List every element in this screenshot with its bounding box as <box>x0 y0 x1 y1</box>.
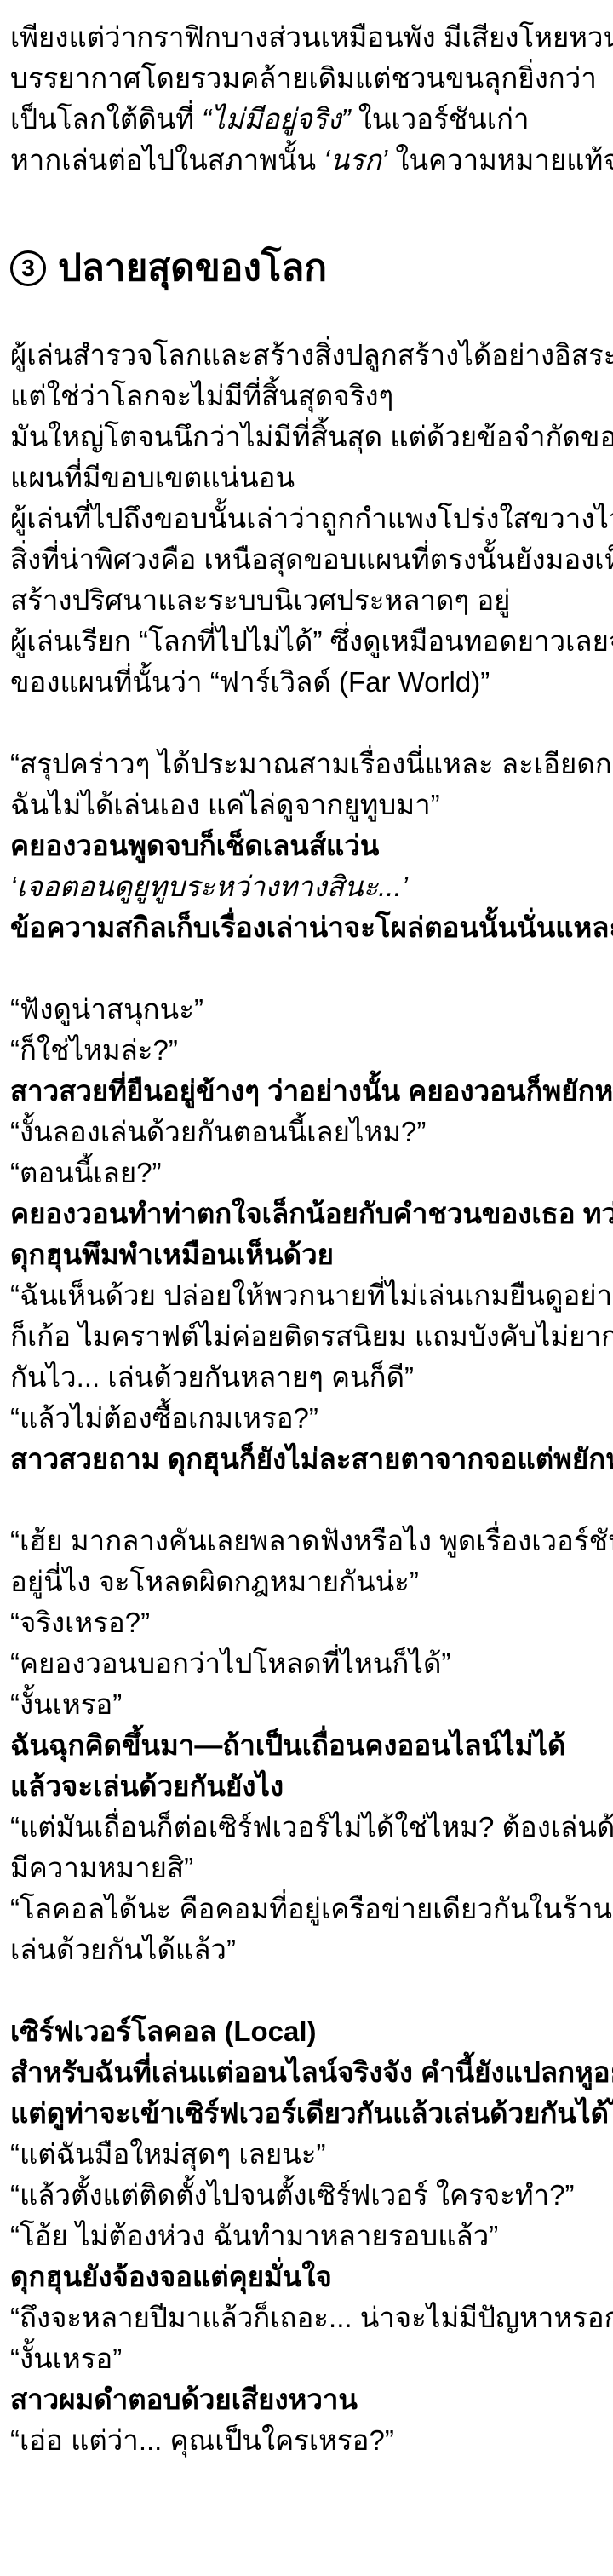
text-line: เล่นด้วยกันได้แล้ว” <box>10 1929 606 1970</box>
text-line: “โอ้ย ไม่ต้องห่วง ฉันทำมาหลายรอบแล้ว” <box>10 2216 606 2257</box>
narration-line: ดุกฮุนพึมพำเหมือนเห็นด้วย <box>10 1234 606 1275</box>
narration-line: คยองวอนทำท่าตกใจเล็กน้อยกับคำชวนของเธอ ท… <box>10 1193 606 1234</box>
narration-line: สาวสวยถาม ดุกฮุนก็ยังไม่ละสายตาจากจอแต่พ… <box>10 1439 606 1480</box>
text-line: “งั้นเหรอ” <box>10 1684 606 1725</box>
text-line: สร้างปริศนาและระบบนิเวศประหลาดๆ อยู่ <box>10 580 606 621</box>
text-line: ผู้เล่นเรียก “โลกที่ไปไม่ได้” ซึ่งดูเหมื… <box>10 621 606 662</box>
emphasis-text: ‘นรก’ <box>324 144 387 175</box>
narration-line: ดุกฮุนยังจ้องจอแต่คุยมั่นใจ <box>10 2257 606 2297</box>
chapter-title: ปลายสุดของโลก <box>58 244 327 292</box>
narration-line: สาวผมดำตอบด้วยเสียงหวาน <box>10 2379 606 2420</box>
text-line: “แล้วตั้งแต่ติดตั้งไปจนตั้งเซิร์ฟเวอร์ ใ… <box>10 2175 606 2216</box>
text-line: “แต่มันเถื่อนก็ต่อเซิร์ฟเวอร์ไม่ได้ใช่ไห… <box>10 1807 606 1848</box>
text-line: เพียงแต่ว่ากราฟิกบางส่วนเหมือนพัง มีเสีย… <box>10 17 606 58</box>
text-line: สิ่งที่น่าพิศวงคือ เหนือสุดขอบแผนที่ตรงน… <box>10 539 606 580</box>
text-line: “เฮ้ย มากลางคันเลยพลาดฟังหรือไง พูดเรื่อ… <box>10 1521 606 1561</box>
text-lines: เพียงแต่ว่ากราฟิกบางส่วนเหมือนพัง มีเสีย… <box>10 17 606 2461</box>
text-line: “ก็ใช่ไหมล่ะ?” <box>10 1030 606 1071</box>
blank-line <box>10 703 606 744</box>
blank-line <box>10 948 606 989</box>
text-line: “สรุปคร่าวๆ ได้ประมาณสามเรื่องนี่แหละ ละ… <box>10 744 606 785</box>
narration-line: เซิร์ฟเวอร์โลคอล (Local) <box>10 2011 606 2052</box>
text-line: อยู่นี่ไง จะโหลดผิดกฎหมายกันน่ะ” <box>10 1561 606 1602</box>
text-line: แผนที่มีขอบเขตแน่นอน <box>10 457 606 498</box>
narration-line: ข้อความสกิลเก็บเรื่องเล่าน่าจะโผล่ตอนนั้… <box>10 907 606 948</box>
text-line: ผู้เล่นที่ไปถึงขอบนั้นเล่าว่าถูกกำแพงโปร… <box>10 498 606 539</box>
text-line: มันใหญ่โตจนนึกว่าไม่มีที่สิ้นสุด แต่ด้วย… <box>10 417 606 457</box>
text-line: “งั้นเหรอ” <box>10 2338 606 2379</box>
narration-line: สำหรับฉันที่เล่นแต่ออนไลน์จริงจัง คำนี้ย… <box>10 2052 606 2093</box>
narration-line: สาวสวยที่ยืนอยู่ข้างๆ ว่าอย่างนั้น คยองว… <box>10 1071 606 1112</box>
narration-line: แล้วจะเล่นด้วยกันยังไง <box>10 1766 606 1807</box>
text-line: ของแผนที่นั้นว่า “ฟาร์เวิลด์ (Far World)… <box>10 662 606 703</box>
text-line: ผู้เล่นสำรวจโลกและสร้างสิ่งปลูกสร้างได้อ… <box>10 335 606 376</box>
text-line: มีความหมายสิ” <box>10 1848 606 1889</box>
text-line: เป็นโลกใต้ดินที่ “ไม่มีอยู่จริง” ในเวอร์… <box>10 99 606 140</box>
text-line: “งั้นลองเล่นด้วยกันตอนนี้เลยไหม?” <box>10 1112 606 1153</box>
blank-line <box>10 1970 606 2011</box>
text-line: “โลคอลได้นะ คือคอมที่อยู่เครือข่ายเดียวก… <box>10 1889 606 1929</box>
text-line: ก็เก้อ ไมคราฟต์ไม่ค่อยติดรสนิยม แถมบังคั… <box>10 1316 606 1357</box>
text-line: หากเล่นต่อไปในสภาพนั้น ‘นรก’ ในความหมายแ… <box>10 140 606 181</box>
narration-line: ฉันฉุกคิดขึ้นมา—ถ้าเป็นเถื่อนคงออนไลน์ไม… <box>10 1725 606 1766</box>
text-segment: ในความหมายแท้จริงจะปรากฏ <box>387 144 613 175</box>
emphasis-text: “ไม่มีอยู่จริง” <box>202 103 350 135</box>
text-line: “แล้วไม่ต้องซื้อเกมเหรอ?” <box>10 1398 606 1439</box>
thought-line: ‘เจอตอนดูยูทูบระหว่างทางสินะ...’ <box>10 866 606 907</box>
text-line: “แต่ฉันมือใหม่สุดๆ เลยนะ” <box>10 2134 606 2175</box>
text-line: “ฉันเห็นด้วย ปล่อยให้พวกนายที่ไม่เล่นเกม… <box>10 1275 606 1316</box>
text-line: แต่ใช่ว่าโลกจะไม่มีที่สิ้นสุดจริงๆ <box>10 376 606 417</box>
text-line: “จริงเหรอ?” <box>10 1602 606 1643</box>
narration-line: แต่ดูท่าจะเข้าเซิร์ฟเวอร์เดียวกันแล้วเล่… <box>10 2093 606 2134</box>
text-line: “คยองวอนบอกว่าไปโหลดที่ไหนก็ได้” <box>10 1643 606 1684</box>
text-segment: ในเวอร์ชันเก่า <box>351 103 530 135</box>
text-segment: เป็นโลกใต้ดินที่ <box>10 103 202 135</box>
text-segment: หากเล่นต่อไปในสภาพนั้น <box>10 144 324 175</box>
text-line: “เอ่อ แต่ว่า... คุณเป็นใครเหรอ?” <box>10 2420 606 2461</box>
text-line: “ฟังดูน่าสนุกนะ” <box>10 989 606 1030</box>
text-line: ฉันไม่ได้เล่นเอง แค่ไล่ดูจากยูทูบมา” <box>10 785 606 825</box>
narration-line: คยองวอนพูดจบก็เช็ดเลนส์แว่น <box>10 825 606 866</box>
circled-number: 3 <box>10 250 46 286</box>
text-line: บรรยากาศโดยรวมคล้ายเดิมแต่ชวนขนลุกยิ่งกว… <box>10 58 606 99</box>
chapter-heading: 3ปลายสุดของโลก <box>10 244 606 292</box>
blank-line <box>10 1480 606 1521</box>
text-line: “ตอนนี้เลย?” <box>10 1153 606 1193</box>
text-line: “ถึงจะหลายปีมาแล้วก็เถอะ... น่าจะไม่มีปั… <box>10 2297 606 2338</box>
text-line: กันไว... เล่นด้วยกันหลายๆ คนก็ดี” <box>10 1357 606 1398</box>
novel-page: เพียงแต่ว่ากราฟิกบางส่วนเหมือนพัง มีเสีย… <box>0 0 613 2576</box>
